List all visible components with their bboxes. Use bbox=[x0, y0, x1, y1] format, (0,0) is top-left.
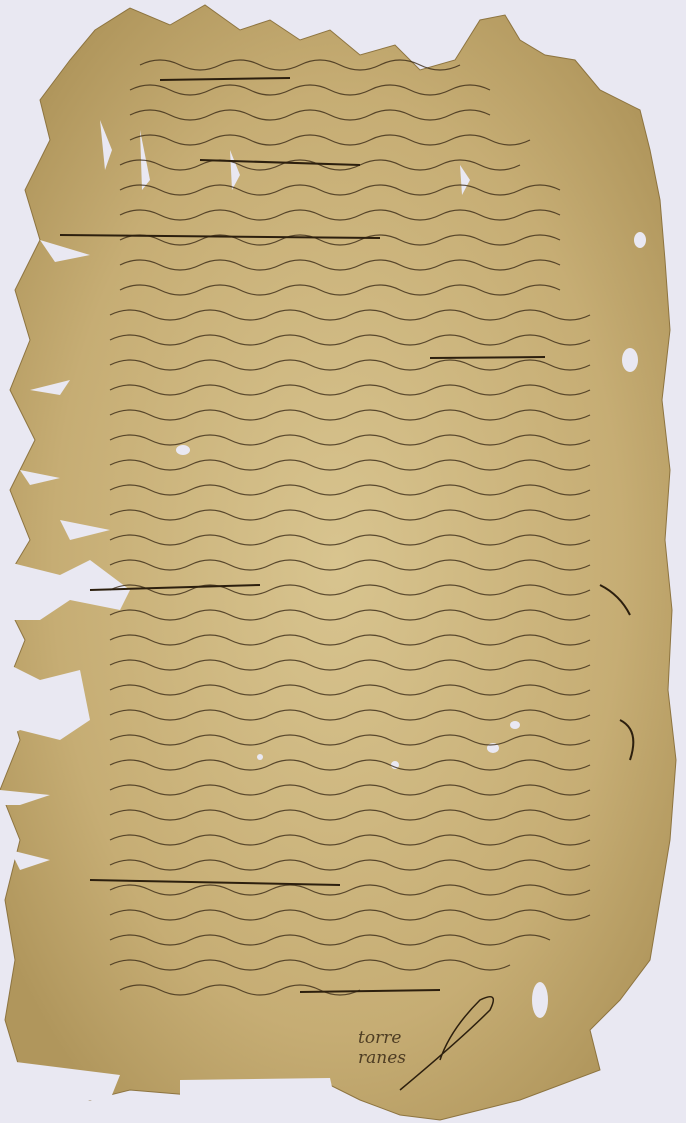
manuscript-page bbox=[0, 0, 686, 1123]
signature-line-1: torre bbox=[358, 1028, 406, 1048]
manuscript-photo: torre ranes bbox=[0, 0, 686, 1123]
signature: torre ranes bbox=[358, 1028, 406, 1068]
parchment bbox=[0, 5, 676, 1120]
signature-line-2: ranes bbox=[358, 1048, 406, 1068]
